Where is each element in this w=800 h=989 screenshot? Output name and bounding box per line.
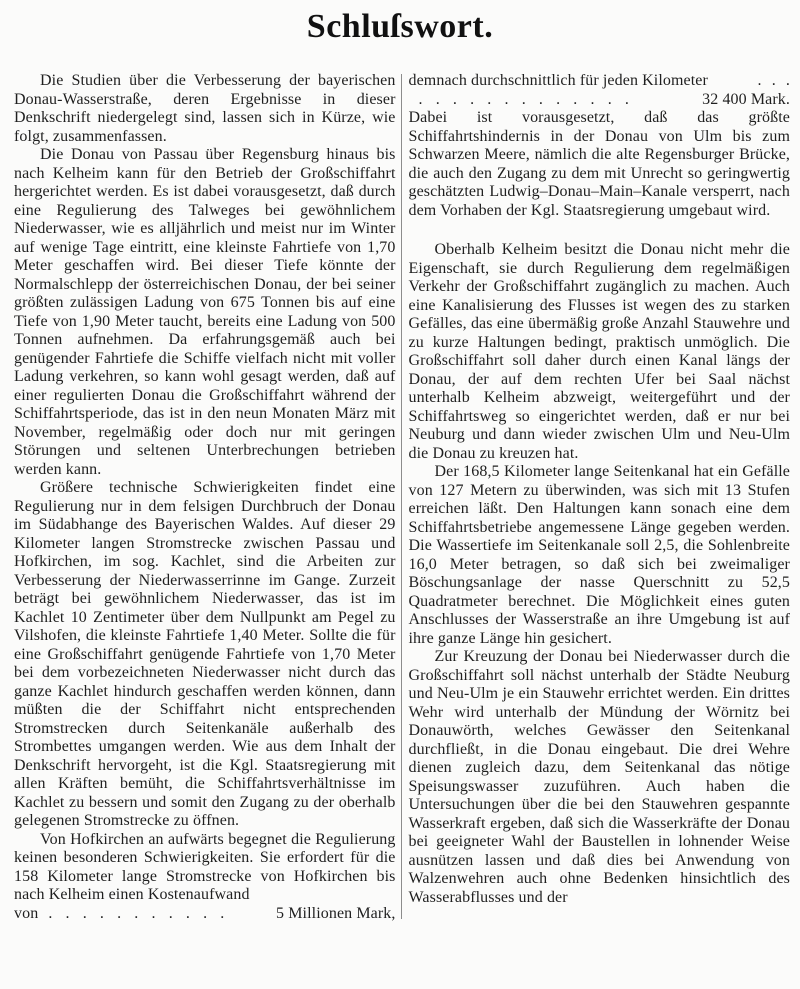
cost-line: von . . . . . . . . . . . 5 Millionen Ma… — [14, 905, 396, 924]
paragraph-donau-passau: Die Donau von Passau über Regensburg hin… — [14, 146, 396, 479]
continuation-text: demnach durchschnittlich für jeden Kilom… — [409, 72, 708, 91]
right-column: demnach durchschnittlich für jeden Kilom… — [402, 72, 791, 923]
dot-leader: . . . . . . . . . . . . . — [409, 91, 703, 110]
continuation-line: demnach durchschnittlich für jeden Kilom… — [409, 72, 791, 91]
paragraph-intro: Die Studien über die Verbesserung der ba… — [14, 72, 396, 146]
amount-line: . . . . . . . . . . . . . 32 400 Mark. — [409, 91, 791, 110]
paragraph-hofkirchen: Von Hofkirchen an aufwärts begegnet die … — [14, 831, 396, 905]
dot-leader: . . . — [758, 72, 791, 91]
page-title: Schluſswort. — [0, 8, 800, 46]
scanned-document-page: Schluſswort. Die Studien über die Verbes… — [0, 0, 800, 989]
cost-line-label: von — [14, 905, 38, 924]
paragraph-kachlet: Größere technische Schwierigkeiten finde… — [14, 479, 396, 831]
paragraph-regensburger-bruecke: Dabei ist vorausgesetzt, daß das größte … — [409, 109, 791, 220]
left-column: Die Studien über die Verbesserung der ba… — [14, 72, 401, 923]
paragraph-oberhalb-kelheim: Oberhalb Kelheim besitzt die Donau nicht… — [409, 241, 791, 463]
cost-amount: 32 400 Mark. — [702, 91, 790, 110]
paragraph-seitenkanal: Der 168,5 Kilometer lange Seitenkanal ha… — [409, 463, 791, 648]
cost-amount: 5 Millionen Mark, — [276, 905, 395, 924]
dot-leader: . . . . . . . . . . . — [38, 905, 276, 924]
paragraph-stauwehre: Zur Kreuzung der Donau bei Niederwasser … — [409, 648, 791, 907]
two-column-layout: Die Studien über die Verbesserung der ba… — [0, 46, 800, 923]
